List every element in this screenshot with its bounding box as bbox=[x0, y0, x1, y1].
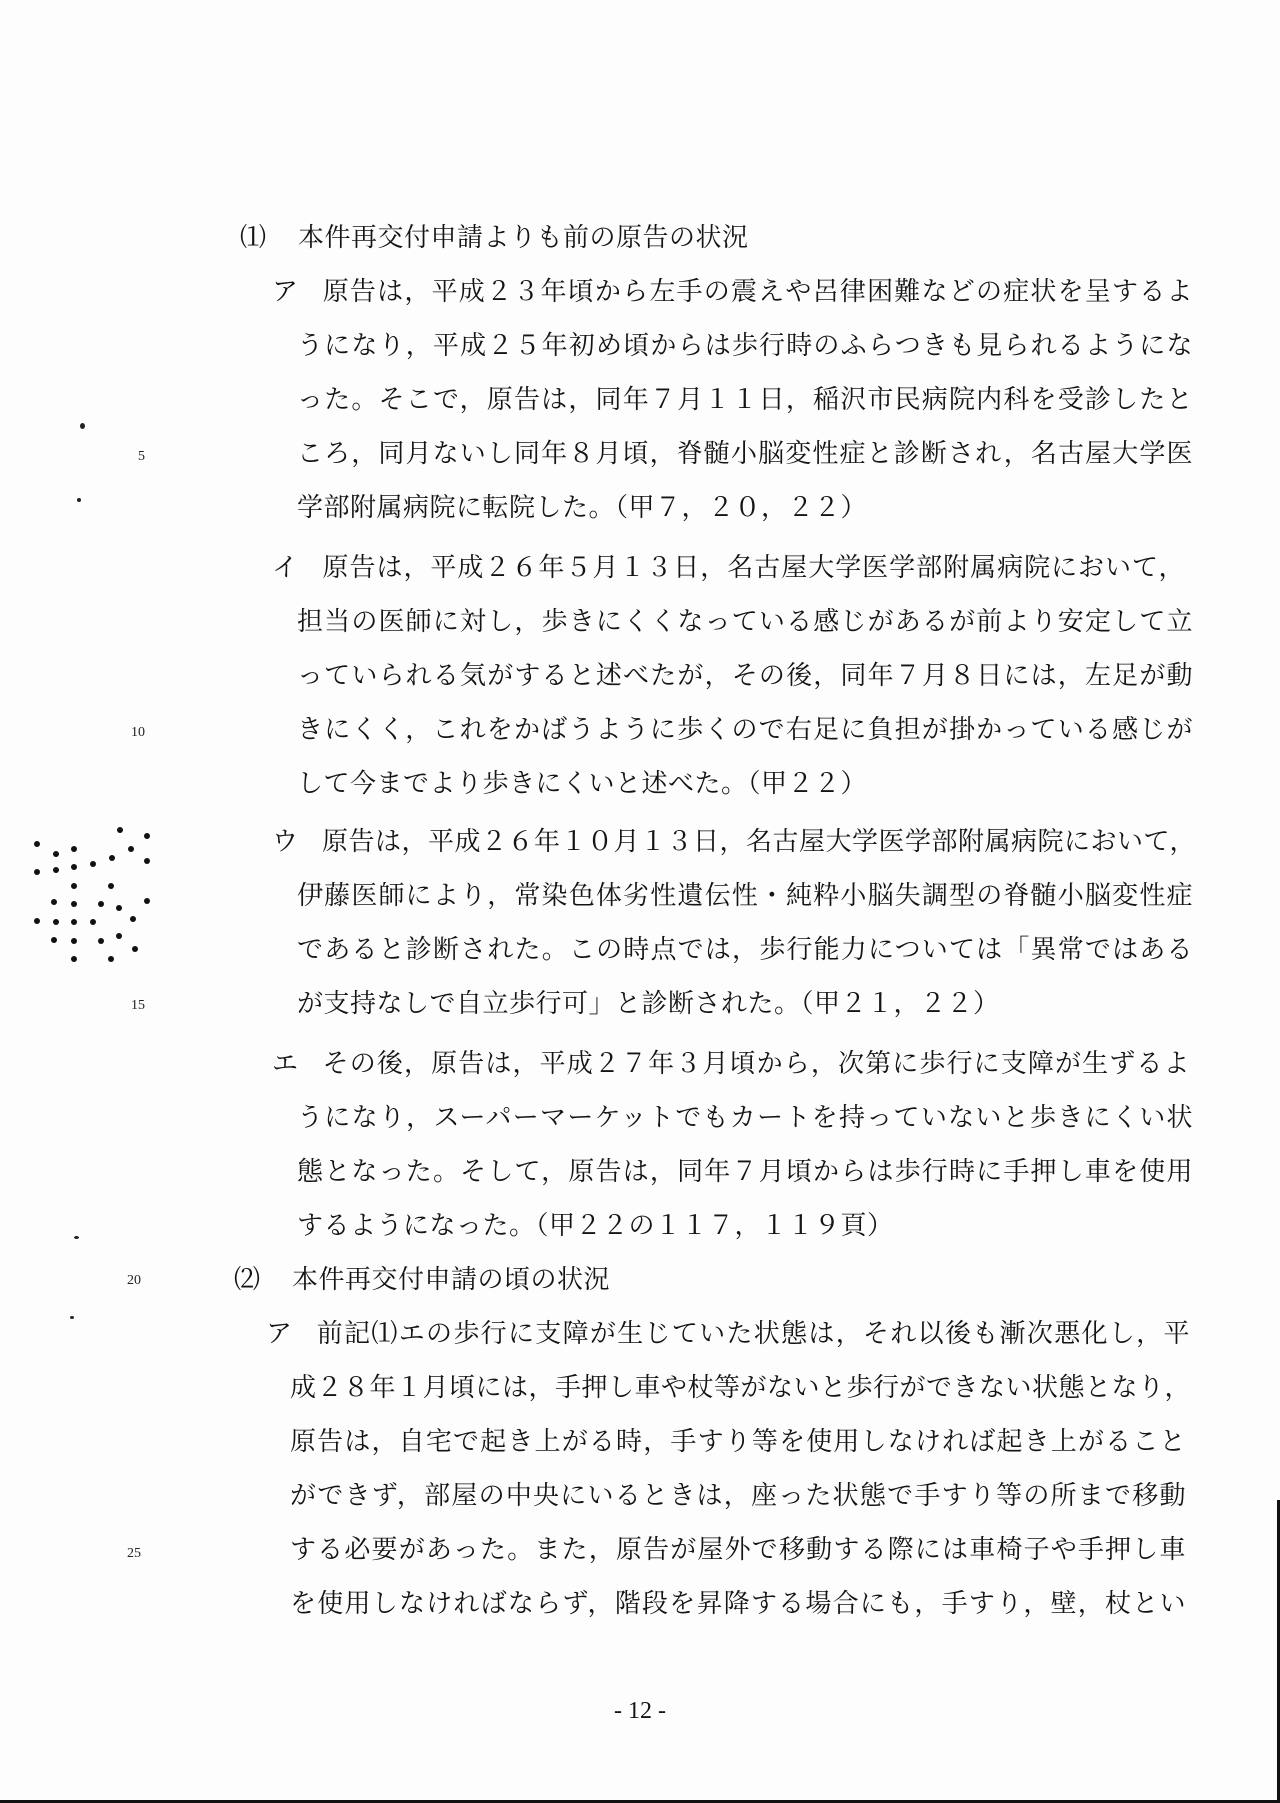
line-number: 10 bbox=[131, 725, 145, 741]
item-mark: ア bbox=[266, 1318, 316, 1350]
braille-dot-pattern bbox=[20, 810, 170, 970]
paragraph-line: するようになった。（甲２２の１１７，１１９頁） bbox=[297, 1210, 1193, 1242]
paragraph-line: っていられる気がすると述べたが，その後，同年７月８日には，左足が動 bbox=[297, 660, 1193, 692]
paragraph-line: して今までより歩きにくいと述べた。（甲２２） bbox=[297, 768, 1193, 800]
paragraph-line: きにくく，これをかばうように歩くので右足に負担が掛かっている感じが bbox=[297, 714, 1193, 746]
paragraph-line: ころ，同月ないし同年８月頃，脊髄小脳変性症と診断され，名古屋大学医 bbox=[297, 438, 1193, 470]
paragraph-line: った。そこで，原告は，同年７月１１日，稲沢市民病院内科を受診したと bbox=[297, 384, 1193, 416]
paragraph-line: 原告は，自宅で起き上がる時，手すり等を使用しなければ起き上がること bbox=[290, 1426, 1186, 1458]
document-page: ⑴本件再交付申請よりも前の原告の状況 ア原告は，平成２３年頃から左手の震えや呂律… bbox=[0, 0, 1280, 1803]
paragraph-line: を使用しなければならず，階段を昇降する場合にも，手すり，壁，杖とい bbox=[290, 1588, 1186, 1620]
section-1-heading: ⑴本件再交付申請よりも前の原告の状況 bbox=[240, 222, 749, 254]
paragraph-line: うになり，平成２５年初め頃からは歩行時のふらつきも見られるようにな bbox=[297, 330, 1193, 362]
paragraph-line: ができず，部屋の中央にいるときは，座った状態で手すり等の所まで移動 bbox=[290, 1480, 1186, 1512]
paragraph-line: ウ原告は，平成２６年１０月１３日，名古屋大学医学部附属病院において， bbox=[272, 826, 1190, 858]
line-number: 25 bbox=[127, 1546, 141, 1562]
line-number: 5 bbox=[138, 449, 145, 465]
paragraph-line: が支持なしで自立歩行可」と診断された。（甲２１，２２） bbox=[297, 988, 1193, 1020]
item-mark: ア bbox=[272, 276, 322, 308]
item-mark: エ bbox=[272, 1048, 322, 1080]
paragraph-line: エその後，原告は，平成２７年３月頃から，次第に歩行に支障が生ずるよ bbox=[272, 1048, 1190, 1080]
paragraph-line: うになり，スーパーマーケットでもカートを持っていないと歩きにくい状 bbox=[297, 1102, 1193, 1134]
section-2-heading: ⑵本件再交付申請の頃の状況 bbox=[234, 1264, 610, 1296]
paragraph-line: ア原告は，平成２３年頃から左手の震えや呂律困難などの症状を呈するよ bbox=[272, 276, 1193, 308]
section-title: 本件再交付申請の頃の状況 bbox=[292, 1265, 610, 1295]
item-mark: ウ bbox=[272, 826, 322, 858]
line-number: 20 bbox=[127, 1273, 141, 1289]
paragraph-line: 学部附属病院に転院した。（甲７，２０，２２） bbox=[297, 492, 1193, 524]
scan-speck bbox=[74, 1236, 79, 1239]
paragraph-line: する必要があった。また，原告が屋外で移動する際には車椅子や手押し車 bbox=[290, 1534, 1186, 1566]
paragraph-line: ア前記⑴エの歩行に支障が生じていた状態は，それ以後も漸次悪化し，平 bbox=[266, 1318, 1190, 1350]
line-number: 15 bbox=[131, 998, 145, 1014]
scan-speck bbox=[77, 498, 81, 502]
paragraph-line: 伊藤医師により，常染色体劣性遺伝性・純粋小脳失調型の脊髄小脳変性症 bbox=[297, 880, 1193, 912]
section-number: ⑴ bbox=[240, 222, 298, 254]
item-mark: イ bbox=[272, 552, 322, 584]
paragraph-line: 態となった。そして，原告は，同年７月頃からは歩行時に手押し車を使用 bbox=[297, 1156, 1193, 1188]
paragraph-line: であると診断された。この時点では，歩行能力については「異常ではある bbox=[297, 934, 1193, 966]
scan-speck bbox=[70, 1316, 74, 1319]
paragraph-line: 担当の医師に対し，歩きにくくなっている感じがあるが前より安定して立 bbox=[297, 606, 1193, 638]
section-number: ⑵ bbox=[234, 1264, 292, 1296]
scan-speck bbox=[80, 423, 85, 429]
section-title: 本件再交付申請よりも前の原告の状況 bbox=[298, 223, 749, 253]
page-number: - 12 - bbox=[0, 1698, 1280, 1725]
paragraph-line: 成２８年１月頃には，手押し車や杖等がないと歩行ができない状態となり， bbox=[290, 1372, 1186, 1404]
paragraph-line: イ原告は，平成２６年５月１３日，名古屋大学医学部附属病院において， bbox=[272, 552, 1185, 584]
